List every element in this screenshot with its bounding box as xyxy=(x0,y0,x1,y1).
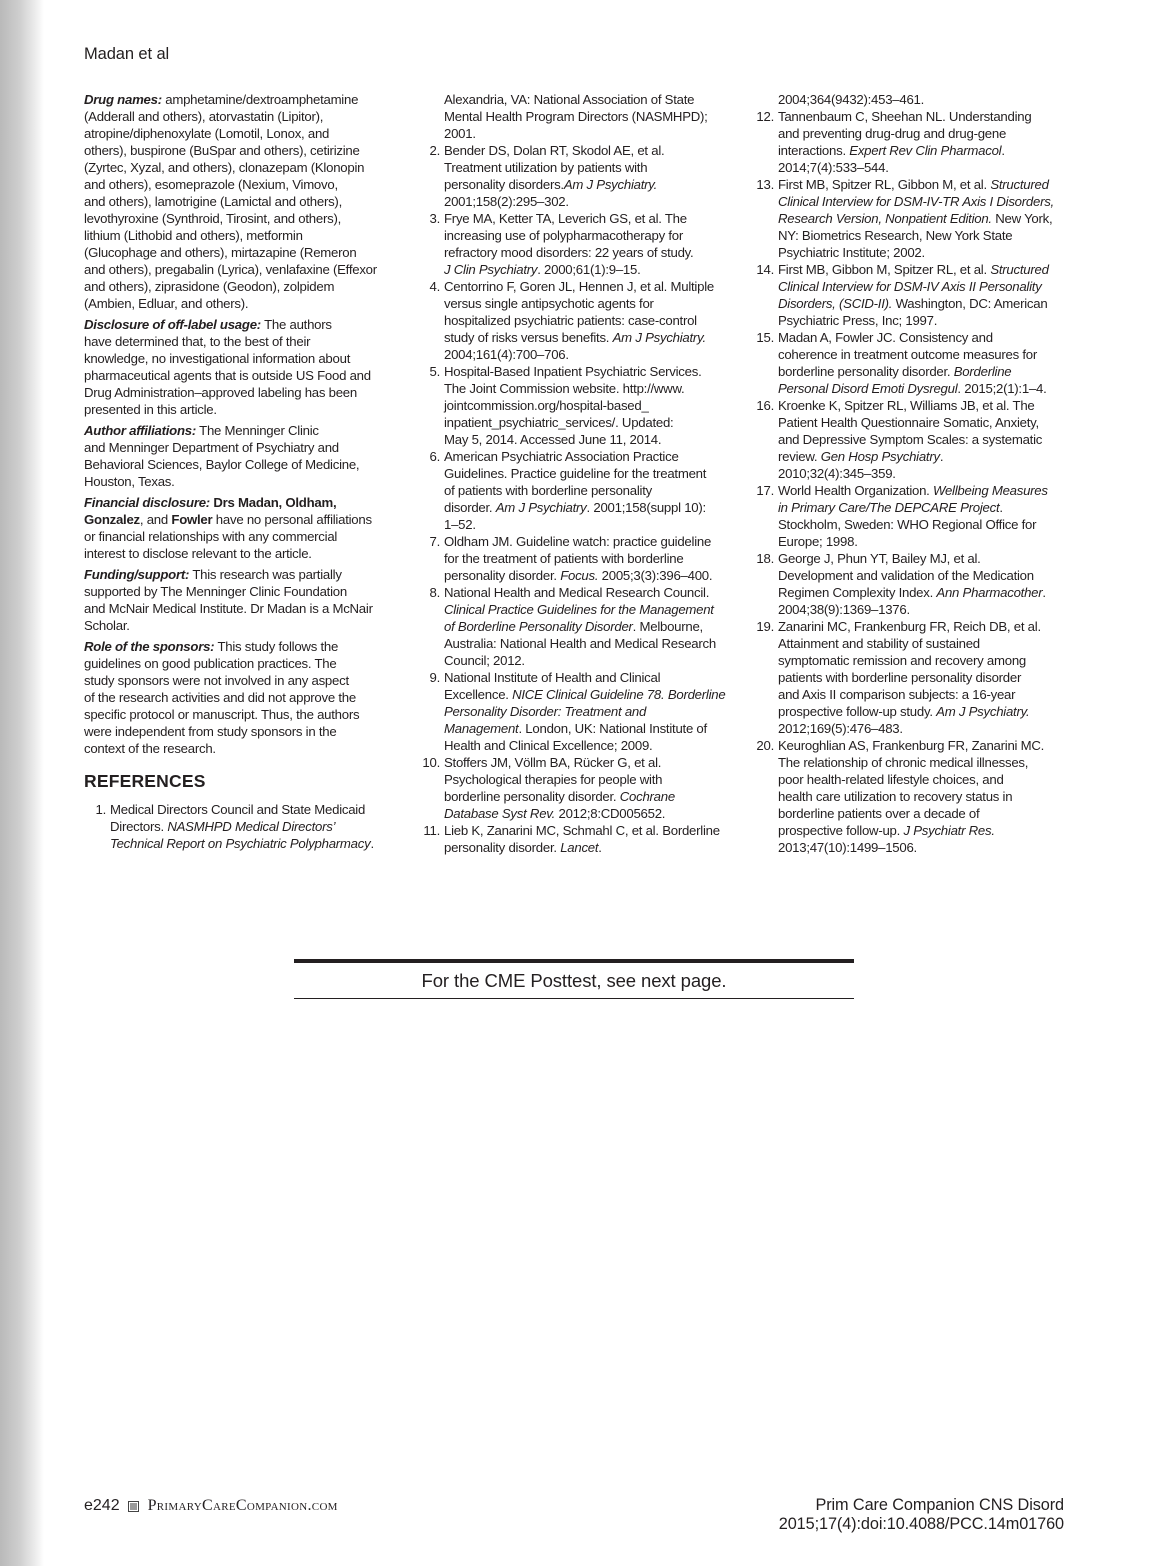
reference-text: versus single antipsychotic agents for xyxy=(444,296,654,311)
reference-text: study of risks versus benefits. xyxy=(444,330,613,345)
reference-text: Keuroghlian AS, Frankenburg FR, Zanarini… xyxy=(778,738,1044,753)
reference-text: 9. xyxy=(418,669,440,686)
reference-text: World Health Organization. xyxy=(778,483,933,498)
reference-text: 2004;364(9432):453–461. xyxy=(778,92,924,107)
reference-text: hospitalized psychiatric patients: case-… xyxy=(444,313,697,328)
reference-text: 15. xyxy=(752,329,774,346)
reference-text: Focus. xyxy=(560,568,598,583)
reference-text: Frye MA, Ketter TA, Leverich GS, et al. … xyxy=(444,211,687,226)
financial-disclosure-section: Financial disclosure: Drs Madan, Oldham,… xyxy=(84,494,402,562)
reference-text: specific protocol or manuscript. Thus, t… xyxy=(84,707,359,722)
reference-text: Clinical Practice Guidelines for the Man… xyxy=(444,602,714,617)
reference-text: Am J Psychiatry. xyxy=(613,330,706,345)
references-heading: REFERENCES xyxy=(84,771,402,791)
reference-text: study sponsors were not involved in any … xyxy=(84,673,349,688)
reference-text: Clinical Interview for DSM-IV-TR Axis I … xyxy=(778,194,1054,209)
reference-text: (Zyrtec, Xyzal, and others), clonazepam … xyxy=(84,160,364,175)
reference-text: borderline personality disorder. xyxy=(778,364,954,379)
reference-text: and others), pregabalin (Lyrica), venlaf… xyxy=(84,262,377,277)
reference-item: 11. Lieb K, Zanarini MC, Schmahl C, et a… xyxy=(418,822,736,856)
reference-text: The authors xyxy=(261,317,332,332)
reference-text: 7. xyxy=(418,533,440,550)
affiliations-label: Author affiliations: xyxy=(84,423,196,438)
reference-text: 14. xyxy=(752,261,774,278)
reference-text: New York, xyxy=(992,211,1053,226)
reference-text: Clinical Interview for DSM-IV Axis II Pe… xyxy=(778,279,1042,294)
reference-text: 2. xyxy=(418,142,440,159)
reference-text: 12. xyxy=(752,108,774,125)
reference-text: Tannenbaum C, Sheehan NL. Understanding xyxy=(778,109,1031,124)
page-number: e242 xyxy=(84,1497,120,1515)
drug-names-section: Drug names: amphetamine/dextroamphetamin… xyxy=(84,91,402,312)
reference-text: personality disorders. xyxy=(444,177,564,192)
reference-text: have determined that, to the best of the… xyxy=(84,334,310,349)
reference-text: Directors. xyxy=(110,819,167,834)
reference-text: Mental Health Program Directors (NASMHPD… xyxy=(444,109,708,124)
reference-text: prospective follow-up study. xyxy=(778,704,936,719)
reference-text: The relationship of chronic medical illn… xyxy=(778,755,1028,770)
reference-text: 13. xyxy=(752,176,774,193)
financial-disclosure-label: Financial disclosure: xyxy=(84,495,210,510)
reference-text: This study follows the xyxy=(214,639,338,654)
reference-text: . xyxy=(598,840,601,855)
reference-text: 11. xyxy=(418,822,440,839)
reference-text: 6. xyxy=(418,448,440,465)
reference-text: 1–52. xyxy=(444,517,476,532)
reference-text: and Depressive Symptom Scales: a systema… xyxy=(778,432,1042,447)
reference-text: American Psychiatric Association Practic… xyxy=(444,449,679,464)
reference-text: for the treatment of patients with borde… xyxy=(444,551,683,566)
reference-text: 2012;169(5):476–483. xyxy=(778,721,903,736)
reference-item: 17. World Health Organization. Wellbeing… xyxy=(752,482,1070,550)
reference-item: 15. Madan A, Fowler JC. Consistency and … xyxy=(752,329,1070,397)
reference-text: Technical Report on Psychiatric Polyphar… xyxy=(110,836,370,851)
reference-text: NASMHPD Medical Directors’ xyxy=(167,819,335,834)
reference-text: levothyroxine (Synthroid, Tirosint, and … xyxy=(84,211,341,226)
funding-label: Funding/support: xyxy=(84,567,189,582)
reference-item: 12. Tannenbaum C, Sheehan NL. Understand… xyxy=(752,108,1070,176)
reference-text: and others), esomeprazole (Nexium, Vimov… xyxy=(84,177,338,192)
reference-text: . 2000;61(1):9–15. xyxy=(537,262,640,277)
reference-text: J Clin Psychiatry xyxy=(444,262,537,277)
reference-text: borderline patients over a decade of xyxy=(778,806,979,821)
reference-text: Attainment and stability of sustained xyxy=(778,636,980,651)
reference-text: refractory mood disorders: 22 years of s… xyxy=(444,245,693,260)
reference-text: coherence in treatment outcome measures … xyxy=(778,347,1037,362)
reference-text: Scholar. xyxy=(84,618,130,633)
reference-text: Management xyxy=(444,721,518,736)
reference-text: Ann Pharmacother xyxy=(936,585,1042,600)
reference-text: Regimen Complexity Index. xyxy=(778,585,936,600)
reference-text: Lancet xyxy=(560,840,598,855)
reference-text: This research was partially xyxy=(189,567,342,582)
citation-doi: 2015;17(4):doi:10.4088/PCC.14m01760 xyxy=(779,1515,1064,1534)
reference-text: Oldham JM. Guideline watch: practice gui… xyxy=(444,534,711,549)
reference-item: 18. George J, Phun YT, Bailey MJ, et al.… xyxy=(752,550,1070,618)
reference-text: 18. xyxy=(752,550,774,567)
reference-text: 2012;8:CD005652. xyxy=(555,806,665,821)
site-name: PrimaryCareCompanion.com xyxy=(148,1497,338,1515)
reference-text: J Psychiatr Res. xyxy=(903,823,994,838)
reference-text: 20. xyxy=(752,737,774,754)
reference-text: Wellbeing Measures xyxy=(933,483,1048,498)
reference-text: Excellence. xyxy=(444,687,512,702)
reference-text: Development and validation of the Medica… xyxy=(778,568,1034,583)
reference-text: (Glucophage and others), mirtazapine (Re… xyxy=(84,245,356,260)
reference-text: 19. xyxy=(752,618,774,635)
reference-text: Psychiatric Institute; 2002. xyxy=(778,245,925,260)
reference-text: Disorders, (SCID-II). xyxy=(778,296,892,311)
drug-names-label: Drug names: xyxy=(84,92,162,107)
sponsors-section: Role of the sponsors: This study follows… xyxy=(84,638,402,757)
reference-text: Behavioral Sciences, Baylor College of M… xyxy=(84,457,359,472)
reference-text: 2001;158(2):295–302. xyxy=(444,194,569,209)
reference-text: 17. xyxy=(752,482,774,499)
reference-text: First MB, Spitzer RL, Gibbon M, et al. xyxy=(778,177,990,192)
reference-text: 3. xyxy=(418,210,440,227)
reference-text: May 5, 2014. Accessed June 11, 2014. xyxy=(444,432,661,447)
reference-text: . xyxy=(999,500,1002,515)
reference-item: 20. Keuroghlian AS, Frankenburg FR, Zana… xyxy=(752,737,1070,856)
reference-text: Kroenke K, Spitzer RL, Williams JB, et a… xyxy=(778,398,1035,413)
reference-text: 2005;3(3):396–400. xyxy=(598,568,712,583)
reference-text: disorder. xyxy=(444,500,496,515)
reference-text: The Menninger Clinic xyxy=(196,423,319,438)
reference-text: 10. xyxy=(418,754,440,771)
reference-text: Structured xyxy=(990,262,1048,277)
reference-text: lithium (Lithobid and others), metformin xyxy=(84,228,303,243)
reference-text: of patients with borderline personality xyxy=(444,483,652,498)
reference-text: Medical Directors Council and State Medi… xyxy=(110,802,365,817)
reference-text: 1. xyxy=(84,801,106,818)
affiliations-section: Author affiliations: The Menninger Clini… xyxy=(84,422,402,490)
reference-text: 16. xyxy=(752,397,774,414)
cme-posttest-notice: For the CME Posttest, see next page. xyxy=(294,959,854,999)
reference-item: 16. Kroenke K, Spitzer RL, Williams JB, … xyxy=(752,397,1070,482)
reference-text: Treatment utilization by patients with xyxy=(444,160,647,175)
column-2: Alexandria, VA: National Association of … xyxy=(418,91,736,856)
reference-text: or financial relationships with any comm… xyxy=(84,529,337,544)
reference-item: 2. Bender DS, Dolan RT, Skodol AE, et al… xyxy=(418,142,736,210)
reference-continuation: Alexandria, VA: National Association of … xyxy=(418,91,736,142)
reference-text: 5. xyxy=(418,363,440,380)
reference-text: 2004;161(4):700–706. xyxy=(444,347,569,362)
reference-text: interactions. xyxy=(778,143,849,158)
reference-text: Bender DS, Dolan RT, Skodol AE, et al. xyxy=(444,143,664,158)
reference-text: Psychological therapies for people with xyxy=(444,772,662,787)
reference-text: Guidelines. Practice guideline for the t… xyxy=(444,466,706,481)
reference-text: Personal Disord Emoti Dysregul xyxy=(778,381,957,396)
reference-item: 9. National Institute of Health and Clin… xyxy=(418,669,736,754)
reference-text: Hospital-Based Inpatient Psychiatric Ser… xyxy=(444,364,702,379)
reference-text: Centorrino F, Goren JL, Hennen J, et al.… xyxy=(444,279,714,294)
reference-text: . 2015;2(1):1–4. xyxy=(957,381,1046,396)
reference-text: and others), lamotrigine (Lamictal and o… xyxy=(84,194,342,209)
reference-text: . 2001;158(suppl 10): xyxy=(587,500,706,515)
square-bullet-icon xyxy=(128,1501,139,1512)
reference-item: 13. First MB, Spitzer RL, Gibbon M, et a… xyxy=(752,176,1070,261)
reference-text: Database Syst Rev. xyxy=(444,806,555,821)
reference-item: 19. Zanarini MC, Frankenburg FR, Reich D… xyxy=(752,618,1070,737)
footer-right: Prim Care Companion CNS Disord 2015;17(4… xyxy=(779,1496,1064,1534)
reference-text: Gonzalez xyxy=(84,512,140,527)
reference-text: The Joint Commission website. http://www… xyxy=(444,381,684,396)
reference-text: 8. xyxy=(418,584,440,601)
reference-text: Australia: National Health and Medical R… xyxy=(444,636,716,651)
disclosure-label: Disclosure of off-label usage: xyxy=(84,317,261,332)
reference-text: Personality Disorder: Treatment and xyxy=(444,704,646,719)
reference-text: Stockholm, Sweden: WHO Regional Office f… xyxy=(778,517,1036,532)
reference-text: . xyxy=(1042,585,1045,600)
reference-text: NICE Clinical Guideline 78. Borderline xyxy=(512,687,725,702)
reference-text: . xyxy=(1001,143,1004,158)
reference-text: were independent from study sponsors in … xyxy=(84,724,336,739)
column-1: Drug names: amphetamine/dextroamphetamin… xyxy=(84,91,402,852)
reference-text: and others), ziprasidone (Geodon), zolpi… xyxy=(84,279,334,294)
reference-text: amphetamine/dextroamphetamine xyxy=(162,92,358,107)
reference-text: presented in this article. xyxy=(84,402,217,417)
reference-text: Research Version, Nonpatient Edition. xyxy=(778,211,992,226)
reference-text: Psychiatric Press, Inc; 1997. xyxy=(778,313,937,328)
reference-text: review. xyxy=(778,449,821,464)
reference-item: 6. American Psychiatric Association Prac… xyxy=(418,448,736,533)
reference-text: Lieb K, Zanarini MC, Schmahl C, et al. B… xyxy=(444,823,720,838)
reference-text: , and xyxy=(140,512,172,527)
reference-text: patients with borderline personality dis… xyxy=(778,670,1021,685)
reference-text: Drs Madan, Oldham, xyxy=(210,495,336,510)
reference-text: 4. xyxy=(418,278,440,295)
reference-text: Zanarini MC, Frankenburg FR, Reich DB, e… xyxy=(778,619,1041,634)
reference-text: supported by The Menninger Clinic Founda… xyxy=(84,584,347,599)
reference-text: National Institute of Health and Clinica… xyxy=(444,670,660,685)
funding-section: Funding/support: This research was parti… xyxy=(84,566,402,634)
reference-text: Madan A, Fowler JC. Consistency and xyxy=(778,330,993,345)
reference-text: 2014;7(4):533–544. xyxy=(778,160,889,175)
reference-text: symptomatic remission and recovery among xyxy=(778,653,1026,668)
reference-text: . xyxy=(370,836,373,851)
reference-text: 2001. xyxy=(444,126,476,141)
reference-text: of Borderline Personality Disorder xyxy=(444,619,633,634)
sponsors-label: Role of the sponsors: xyxy=(84,639,214,654)
reference-text: Council; 2012. xyxy=(444,653,525,668)
reference-text: (Adderall and others), atorvastatin (Lip… xyxy=(84,109,323,124)
reference-text: Fowler xyxy=(171,512,212,527)
reference-text: (Ambien, Edluar, and others). xyxy=(84,296,248,311)
reference-item: 8. National Health and Medical Research … xyxy=(418,584,736,669)
reference-text: pharmaceutical agents that is outside US… xyxy=(84,368,371,383)
reference-text: guidelines on good publication practices… xyxy=(84,656,336,671)
column-3: 2004;364(9432):453–461. 12. Tannenbaum C… xyxy=(752,91,1070,856)
reference-text: prospective follow-up. xyxy=(778,823,903,838)
reference-text: National Health and Medical Research Cou… xyxy=(444,585,709,600)
reference-text: Washington, DC: American xyxy=(892,296,1047,311)
reference-text: interest to disclose relevant to the art… xyxy=(84,546,312,561)
reference-text: Health and Clinical Excellence; 2009. xyxy=(444,738,652,753)
journal-name: Prim Care Companion CNS Disord xyxy=(779,1496,1064,1515)
cme-posttest-text: For the CME Posttest, see next page. xyxy=(422,970,727,991)
reference-text: . Melbourne, xyxy=(633,619,703,634)
disclosure-section: Disclosure of off-label usage: The autho… xyxy=(84,316,402,418)
reference-item: 14. First MB, Gibbon M, Spitzer RL, et a… xyxy=(752,261,1070,329)
reference-text: Alexandria, VA: National Association of … xyxy=(444,92,694,107)
reference-text: and McNair Medical Institute. Dr Madan i… xyxy=(84,601,373,616)
reference-text: Expert Rev Clin Pharmacol xyxy=(849,143,1001,158)
reference-text: . xyxy=(940,449,943,464)
reference-text: NY: Biometrics Research, New York State xyxy=(778,228,1012,243)
reference-text: Stoffers JM, Völlm BA, Rücker G, et al. xyxy=(444,755,661,770)
reference-text: Structured xyxy=(990,177,1048,192)
reference-text: and Axis II comparison subjects: a 16-ye… xyxy=(778,687,1015,702)
reference-text: Drug Administration–approved labeling ha… xyxy=(84,385,357,400)
reference-text: of the research activities and did not a… xyxy=(84,690,356,705)
reference-text: atropine/diphenoxylate (Lomotil, Lonox, … xyxy=(84,126,329,141)
reference-text: 2004;38(9):1369–1376. xyxy=(778,602,910,617)
reference-text: borderline personality disorder. xyxy=(444,789,620,804)
reference-text: Gen Hosp Psychiatry xyxy=(821,449,940,464)
reference-text: others), buspirone (BuSpar and others), … xyxy=(84,143,360,158)
reference-text: inpatient_psychiatric_services/. Updated… xyxy=(444,415,673,430)
reference-item: 5. Hospital-Based Inpatient Psychiatric … xyxy=(418,363,736,448)
reference-text: health care utilization to recovery stat… xyxy=(778,789,1012,804)
reference-item: 4. Centorrino F, Goren JL, Hennen J, et … xyxy=(418,278,736,363)
reference-item: 7. Oldham JM. Guideline watch: practice … xyxy=(418,533,736,584)
reference-text: George J, Phun YT, Bailey MJ, et al. xyxy=(778,551,981,566)
reference-item: 10. Stoffers JM, Völlm BA, Rücker G, et … xyxy=(418,754,736,822)
reference-text: Houston, Texas. xyxy=(84,474,175,489)
reference-text: personality disorder. xyxy=(444,840,560,855)
page-edge-shadow xyxy=(0,0,44,1566)
reference-item: 1. Medical Directors Council and State M… xyxy=(84,801,402,852)
reference-text: increasing use of polypharmacotherapy fo… xyxy=(444,228,683,243)
reference-item: 3. Frye MA, Ketter TA, Leverich GS, et a… xyxy=(418,210,736,278)
reference-text: context of the research. xyxy=(84,741,216,756)
reference-text: Am J Psychiatry xyxy=(496,500,587,515)
reference-text: 2013;47(10):1499–1506. xyxy=(778,840,917,855)
reference-text: and preventing drug-drug and drug-gene xyxy=(778,126,1006,141)
reference-text: in Primary Care/The DEPCARE Project xyxy=(778,500,999,515)
reference-text: First MB, Gibbon M, Spitzer RL, et al. xyxy=(778,262,990,277)
reference-text: knowledge, no investigational informatio… xyxy=(84,351,350,366)
running-head: Madan et al xyxy=(84,45,169,64)
reference-text: . London, UK: National Institute of xyxy=(518,721,706,736)
reference-text: 2010;32(4):345–359. xyxy=(778,466,896,481)
reference-continuation: 2004;364(9432):453–461. xyxy=(752,91,1070,108)
reference-text: poor health-related lifestyle choices, a… xyxy=(778,772,1004,787)
reference-text: Am J Psychiatry. xyxy=(936,704,1029,719)
reference-text: Europe; 1998. xyxy=(778,534,858,549)
reference-text: Cochrane xyxy=(620,789,675,804)
reference-text: jointcommission.org/hospital-based_ xyxy=(444,398,649,413)
reference-text: Borderline xyxy=(954,364,1012,379)
footer-left: e242 PrimaryCareCompanion.com xyxy=(84,1497,338,1515)
reference-text: have no personal affiliations xyxy=(212,512,371,527)
reference-text: Patient Health Questionnaire Somatic, An… xyxy=(778,415,1039,430)
reference-text: Am J Psychiatry. xyxy=(564,177,657,192)
reference-text: and Menninger Department of Psychiatry a… xyxy=(84,440,339,455)
reference-text: personality disorder. xyxy=(444,568,560,583)
